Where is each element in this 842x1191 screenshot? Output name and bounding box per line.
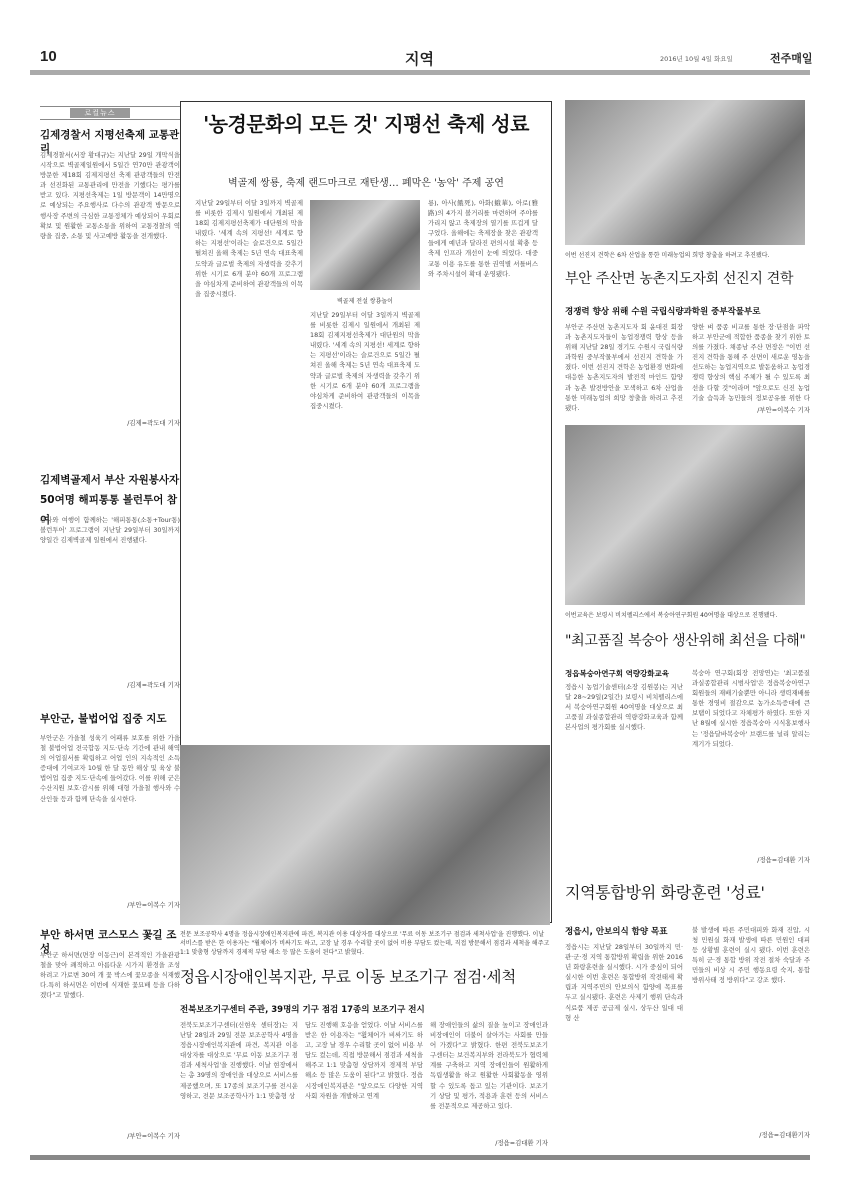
article-body-cosmos: 부안군 하서면(면장 이동근)이 본격적인 가을관광철을 맞아 쾌적하고 아름다… [40,950,180,1115]
main-article-title: '농경문화의 모든 것' 지평선 축제 성료 [196,108,536,137]
issue-date: 2016년 10월 4일 화요일 [660,54,733,63]
article-title-peach: "최고품질 복숭아 생산위해 최선을 다해" [565,630,825,650]
wheelchair-photo [180,745,550,925]
article-body-volunteer: 봉사와 여행이 함께하는 '해피통통(소통+Tour통) 볼런투어' 프로그램이… [40,515,180,675]
byline: /부안=이복수 기자 [40,1131,180,1140]
article-title-wheelchair: 정읍시장애인복지관, 무료 이동 보조기구 점검·세척 [180,965,560,987]
byline: /정읍=김대환 기자 [692,855,810,864]
byline: /김제=곽도대 기자 [40,680,180,689]
header-rule [30,70,810,75]
farm-tour-photo [565,100,805,245]
wheelchair-col1: 전북도보조기구센터(신현욱 센터장)는 지난달 28일과 29일 전문 보조공학… [180,1020,298,1145]
byline: /김제=곽도대 기자 [40,418,180,427]
article-body-illegal-fishing: 부안군은 가을철 성육기 어패류 보호를 위한 가을철 불법어업 전국합동 지도… [40,733,180,898]
newspaper-brand: 전주매일 [770,50,813,66]
wheelchair-col2: 담도 진행해 호응을 얻었다. 이날 서비스를 받은 한 이용자는 "휠체어가 … [305,1020,423,1145]
article-title-hwarang: 지역통합방위 화랑훈련 '성료' [565,880,825,903]
dragon-photo-caption: 벽골제 전설 쌍룡놀이 [310,296,420,305]
footer-rule [30,1155,810,1160]
hwarang-col1: 정읍시는 지난달 28일부터 30일까지 민·관·군·경 지역 통합방위 확립을… [565,942,683,1142]
wheelchair-caption: 전문 보조공학사 4명을 정읍시장애인복지관에 파견, 복지관 이용 대상자를 … [180,930,550,957]
farm-tour-caption: 이번 선진지 견학은 6차 산업을 통한 미래농업의 희망 창출을 하려고 추진… [565,250,815,259]
article-title-farm-tour: 부안 주산면 농촌지도자회 선진지 견학 [565,268,825,288]
article-title-illegal-fishing: 부안군, 불법어업 집중 지도 [40,712,180,726]
hwarang-col2: 불 발생에 따른 주민대피와 화재 진압, 시청 민원실 화재 발생에 따른 민… [692,925,810,1125]
main-article-subtitle: 벽골제 쌍룡, 축제 랜드마크로 재탄생… 폐막은 '농악' 주제 공연 [196,174,536,189]
byline: /부안=이복수 기자 [40,900,180,909]
byline: /정읍=김대환기자 [692,1130,810,1139]
article-subtitle-farm-tour: 경쟁력 향상 위해 수원 국립식량과학원 중부작물부로 [565,305,825,317]
peach-col1: 정읍시 농업기술센터(소장 김원봉)는 지난달 28~29일(2일간) 보령시 … [565,682,683,862]
article-subtitle-wheelchair: 전북보조기구센터 주관, 39명의 기구 점검 17종의 보조기구 전시 [180,1003,560,1015]
farm-tour-col2: 양한 벼 품종 비교를 통한 장·단점을 파악하고 부안군에 적합한 품종을 찾… [692,322,810,402]
article-subtitle-peach: 정읍복숭아연구회 역량강화교육 [565,668,685,679]
local-news-logo-text: 로컬뉴스 [70,108,130,118]
peach-col2: 복숭아 연구회(회장 전망연)는 '최고품질 과실종합관리 시범사업'은 정읍복… [692,668,810,848]
byline: /정읍=김대환 기자 [430,1138,548,1147]
peach-education-caption: 이번교육은 보령시 비치펠리스에서 복숭아연구회원 40여명을 대상으로 진행됐… [565,610,815,619]
article-subtitle-hwarang: 정읍시, 안보의식 함양 목표 [565,925,685,937]
article-body-gimje-police: 김제경찰서(서장 황대규)는 지난달 29일 개막식을 시작으로 벽골제일원에서… [40,150,180,415]
farm-tour-col1: 부안군 주산면 농촌지도자 회 윤대진 회장과 농촌지도자들이 농업경쟁력 향상… [565,322,683,417]
wheelchair-col3: 해 장애인들의 삶의 질을 높이고 장애인과 비장애인이 더불어 살아가는 사회… [430,1020,548,1135]
page-number: 10 [40,48,57,65]
dragon-photo [310,200,420,290]
peach-education-photo [565,425,805,605]
local-news-logo: 로컬뉴스 [40,106,180,120]
byline: /부안=이복수 기자 [692,405,810,414]
section-title: 지역 [405,48,434,69]
